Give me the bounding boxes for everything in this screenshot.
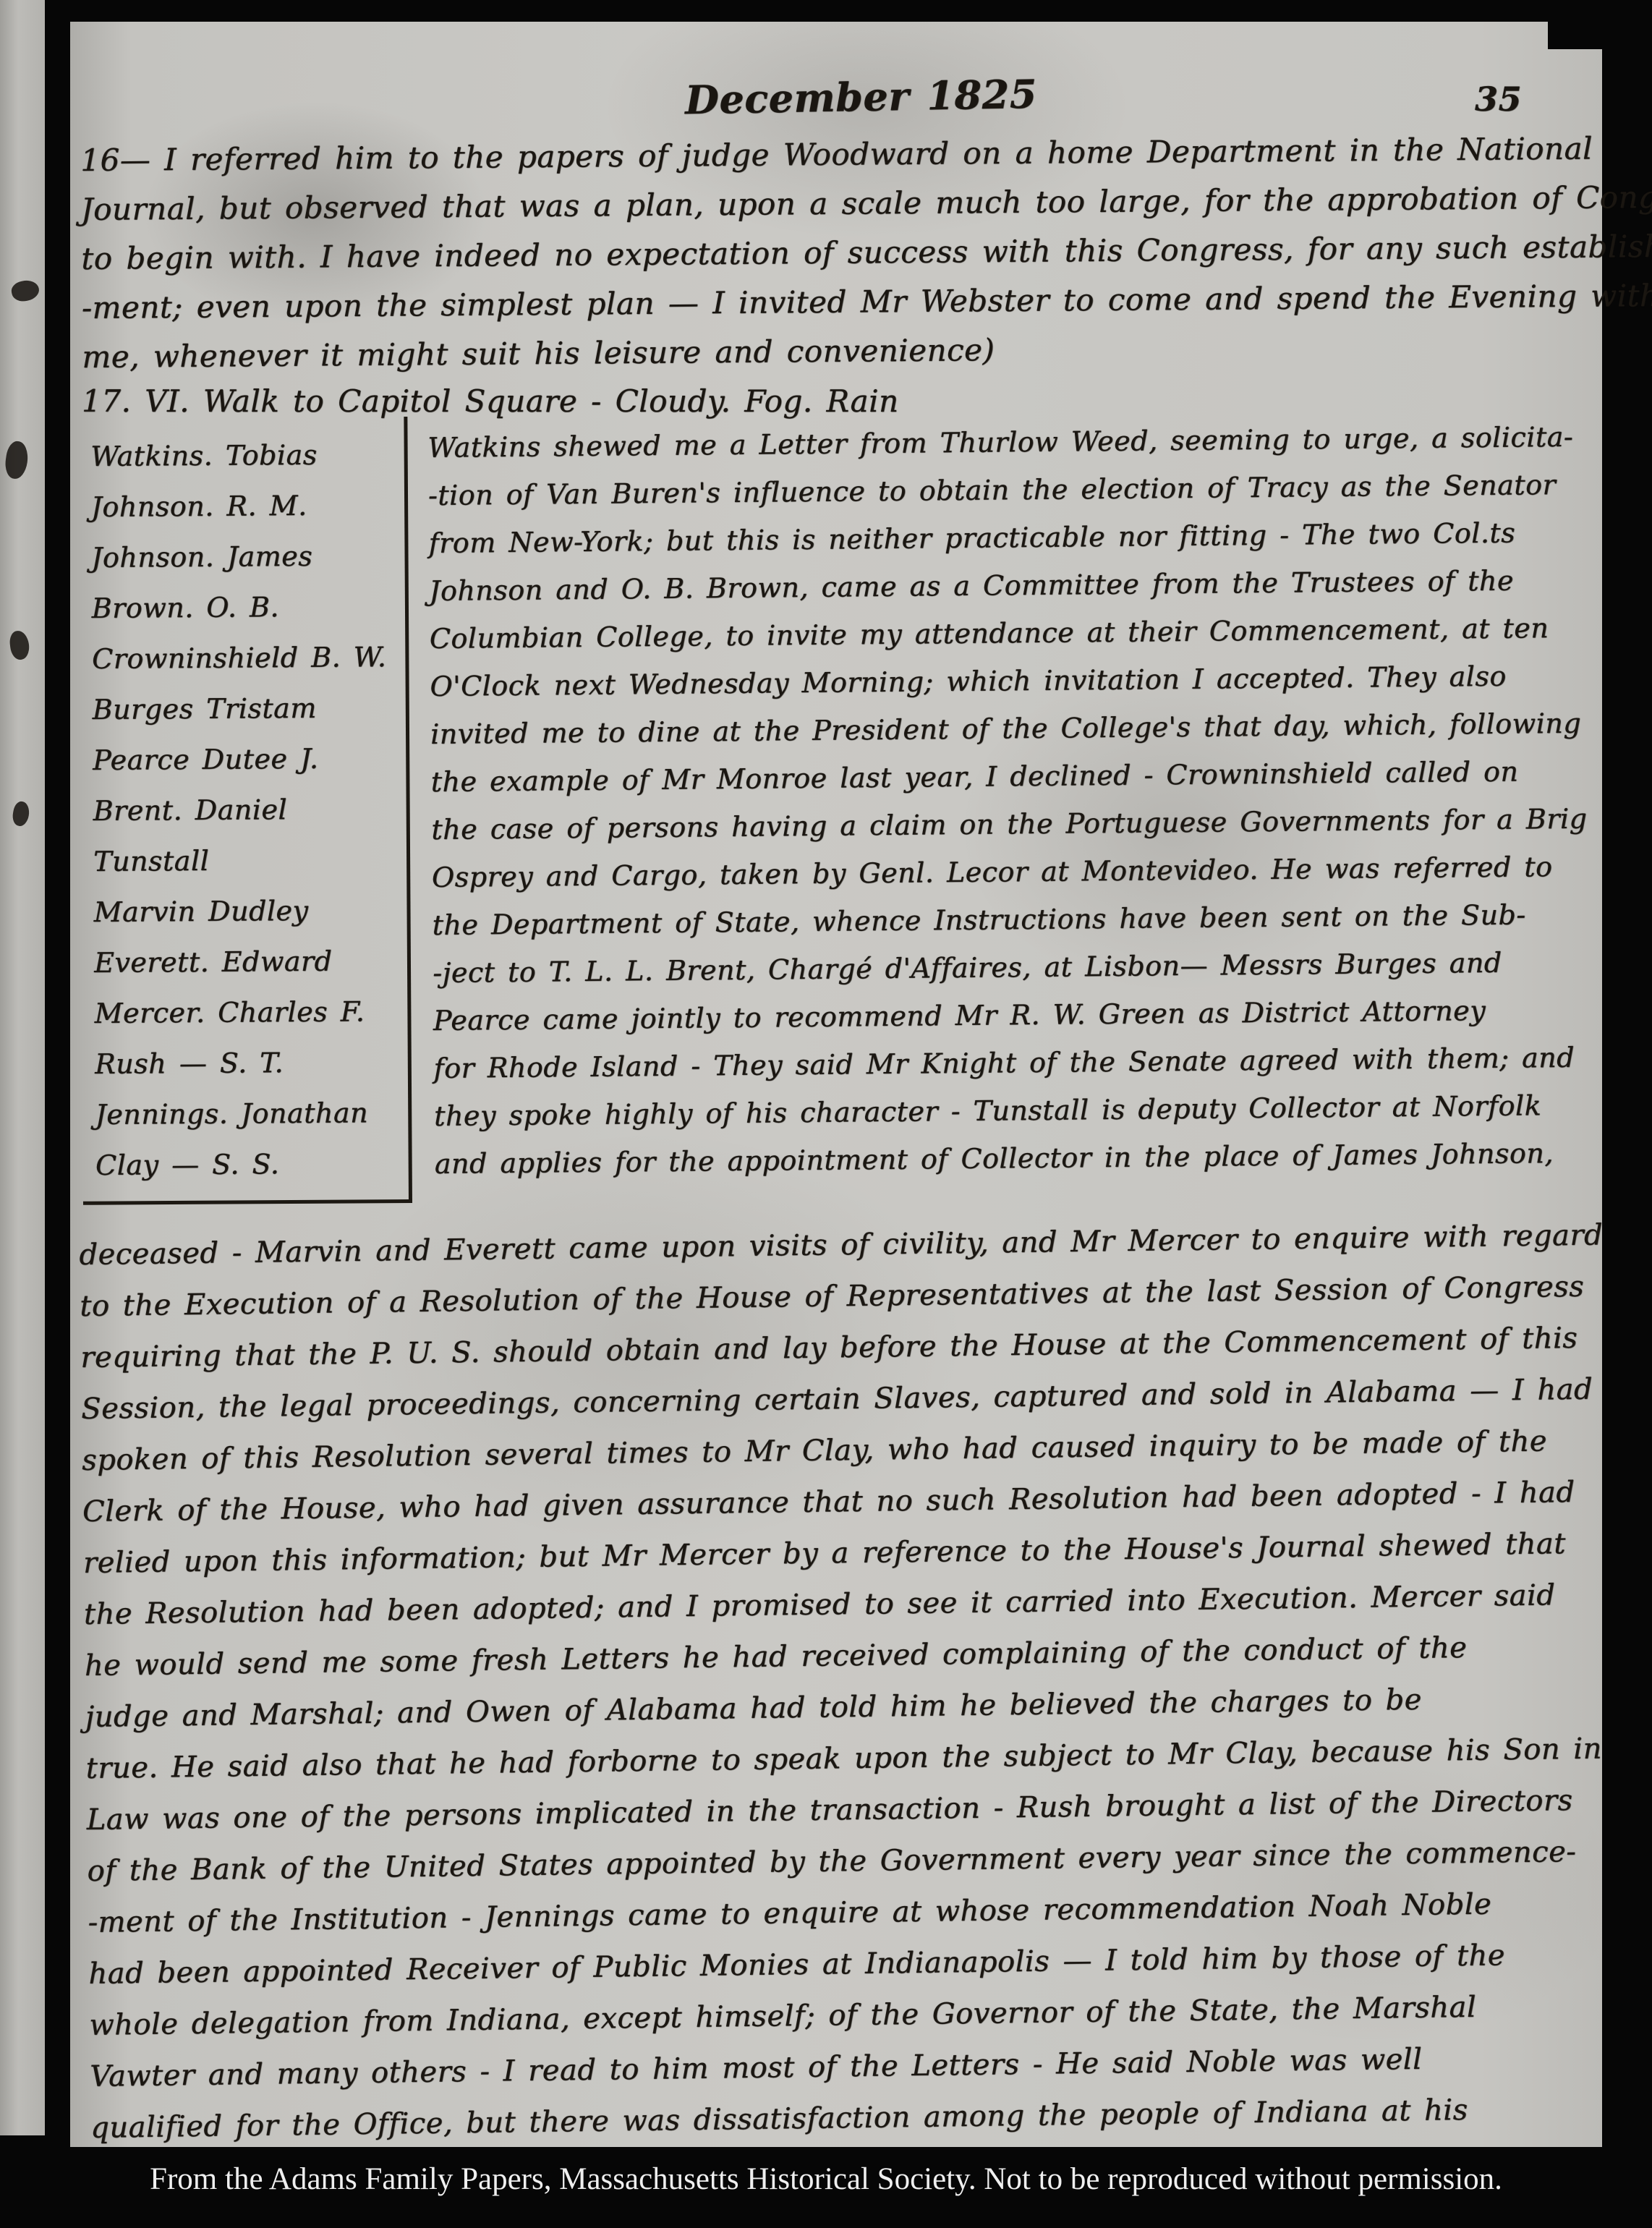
- visitor-name: Jennings. Jonathan: [95, 1087, 406, 1140]
- visitor-name: Brent. Daniel: [93, 783, 404, 836]
- visitor-name: Brown. O. B.: [91, 581, 402, 634]
- page-number: 35: [1475, 80, 1522, 119]
- visitor-name-list: Watkins. TobiasJohnson. R. M.Johnson. Ja…: [90, 429, 406, 1191]
- visitor-name: Mercer. Charles F.: [94, 986, 405, 1039]
- scanned-diary-photograph: December 1825 35 16— I referred him to t…: [0, 0, 1652, 2228]
- visitor-name: Johnson. James: [91, 530, 402, 583]
- visitor-name: Crowninshield B. W.: [92, 632, 403, 684]
- archive-credit-caption: From the Adams Family Papers, Massachuse…: [0, 2161, 1652, 2197]
- film-corner-notch: [1548, 0, 1652, 49]
- ink-fragment: [10, 278, 41, 303]
- visitor-name: Johnson. R. M.: [90, 480, 401, 532]
- visitor-name: Everett. Edward: [94, 935, 405, 988]
- visitor-name: Rush — S. T.: [95, 1037, 406, 1089]
- visitor-name: Burges Tristam: [92, 682, 403, 735]
- diary-page: December 1825 35 16— I referred him to t…: [70, 22, 1602, 2147]
- entry-17-continued-text: deceased - Marvin and Everett came upon …: [79, 1210, 1610, 2154]
- visitor-name: Tunstall: [93, 834, 404, 887]
- page-header-month-year: December 1825: [684, 71, 1037, 123]
- visitor-name: Clay — S. S.: [95, 1138, 406, 1191]
- adjacent-page-edge-strip: [0, 0, 45, 2135]
- ink-fragment: [9, 630, 30, 660]
- visitor-name: Watkins. Tobias: [90, 429, 401, 482]
- ink-fragment: [11, 800, 31, 827]
- entry-17-body-text: Watkins shewed me a Letter from Thurlow …: [427, 412, 1622, 1188]
- visitor-name: Marvin Dudley: [93, 885, 404, 937]
- ink-fragment: [4, 440, 30, 480]
- visitor-name: Pearce Dutee J.: [93, 733, 404, 786]
- entry-17-day-heading: 17. VI. Walk to Capitol Square - Cloudy.…: [82, 383, 899, 419]
- entry-16-paragraph: 16— I referred him to the papers of judg…: [80, 124, 1596, 382]
